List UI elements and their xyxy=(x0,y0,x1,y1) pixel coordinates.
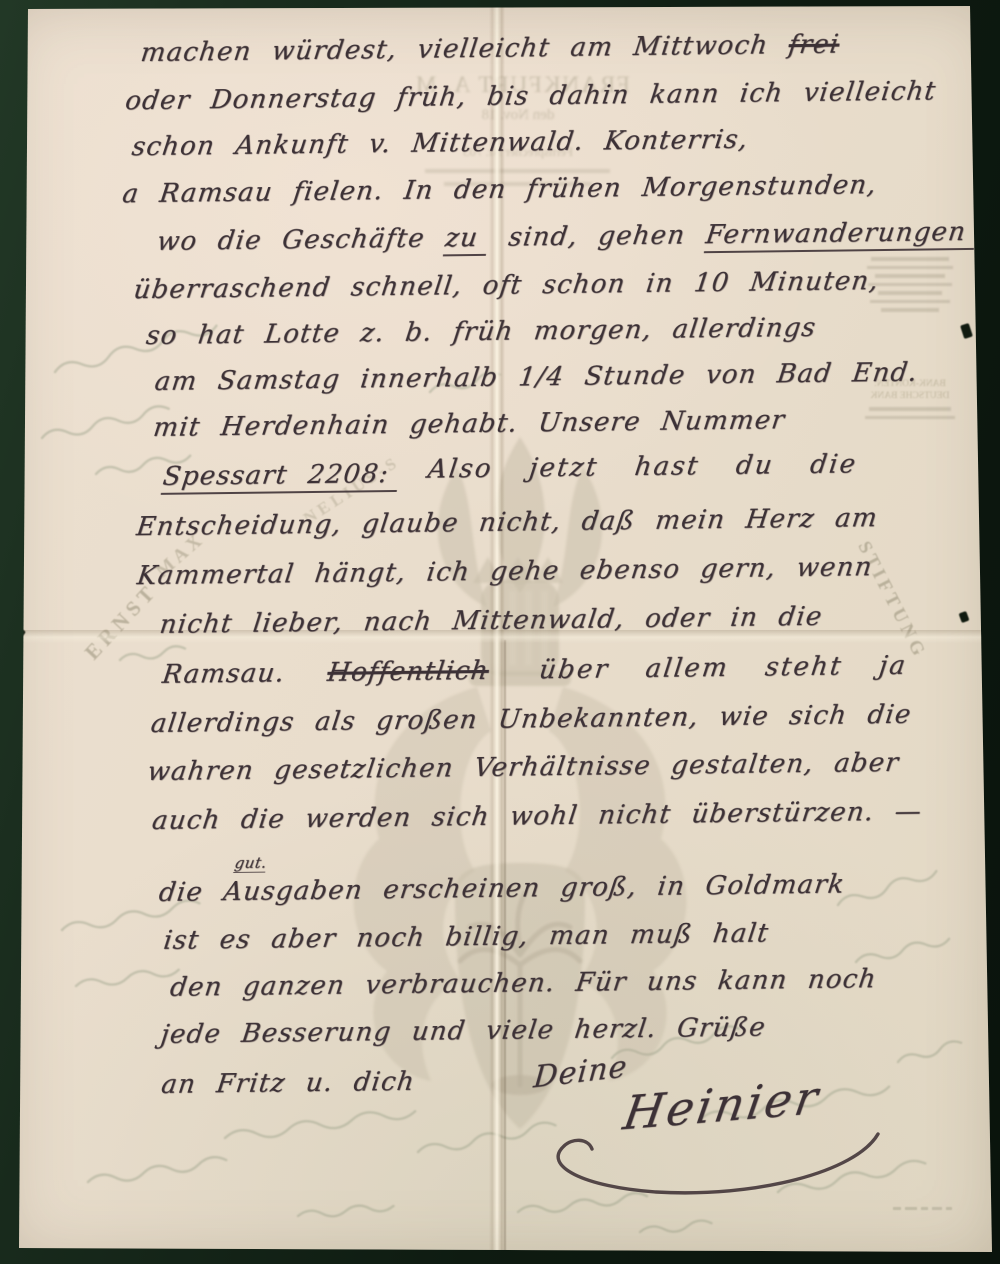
handwritten-text: Ramsau. xyxy=(161,658,287,690)
struck-word: frei xyxy=(787,30,841,61)
handwritten-line: die Ausgaben erscheinen groß, in Goldmar… xyxy=(157,870,847,908)
handwritten-line: mit Herdenhain gehabt. Unsere Nummer xyxy=(151,405,787,443)
interlinear-insertion: gut. xyxy=(233,854,268,873)
handwritten-line: wo die Geschäfte zu sind, gehen Fernwand… xyxy=(155,217,978,257)
handwritten-line: Entscheidung, glaube nicht, daß mein Her… xyxy=(135,503,880,542)
handwritten-text: wo die Geschäfte xyxy=(155,224,427,257)
handwritten-line: an Fritz u. dich xyxy=(160,1067,417,1100)
handwritten-line: a Ramsau fielen. In den frühen Morgenstu… xyxy=(121,170,879,209)
letter-paper: FRANKFURT A. M. den Nov. 18 Fernsprecher… xyxy=(0,0,1000,1264)
handwritten-line: Spessart 2208: xyxy=(161,459,401,492)
handwritten-line: nicht lieber, nach Mittenwald, oder in d… xyxy=(158,602,825,640)
handwritten-line: wahren gesetzlichen Verhältnisse gestalt… xyxy=(146,748,901,787)
underlined-word: Fernwanderungen xyxy=(703,217,978,253)
handwritten-line: schon Ankunft v. Mittenwald. Konterris, xyxy=(130,125,750,163)
underlined-word: zu xyxy=(443,223,490,257)
signature: Heinier xyxy=(620,1070,825,1141)
handwritten-line: auch die werden sich wohl nicht überstür… xyxy=(150,797,924,836)
handwritten-line: den ganzen verbrauchen. Für uns kann noc… xyxy=(168,964,878,1003)
handwritten-text: sind, gehen xyxy=(507,220,688,252)
struck-word: Hoffentlich xyxy=(326,656,491,688)
handwritten-line: ist es aber noch billig, man muß halt xyxy=(162,918,771,955)
closing-word: Deine xyxy=(532,1049,629,1096)
handwritten-line: am Samstag innerhalb 1/4 Stunde von Bad … xyxy=(153,358,920,397)
handwritten-line: Ramsau. Hoffentlich über allem steht ja xyxy=(161,651,910,690)
handwritten-line: machen würdest, vielleicht am Mittwoch f… xyxy=(139,30,841,69)
handwritten-line: jede Besserung und viele herzl. Grüße xyxy=(159,1012,768,1049)
scanned-letter-background: FRANKFURT A. M. den Nov. 18 Fernsprecher… xyxy=(0,0,1000,1264)
handwritten-text: machen würdest, vielleicht am Mittwoch xyxy=(139,30,770,68)
handwritten-line: oder Donnerstag früh, bis dahin kann ich… xyxy=(123,76,938,116)
handwritten-line: Kammertal hängt, ich gehe ebenso gern, w… xyxy=(135,552,874,591)
handwritten-line: Also jetzt hast du die xyxy=(426,449,859,484)
handwritten-line: allerdings als großen Unbekannten, wie s… xyxy=(149,700,913,739)
handwritten-line: so hat Lotte z. b. früh morgen, allerdin… xyxy=(144,313,818,351)
handwritten-text-layer: machen würdest, vielleicht am Mittwoch f… xyxy=(0,0,1000,1264)
handwritten-text: über allem steht ja xyxy=(537,651,909,686)
underlined-phone-number: Spessart 2208: xyxy=(161,459,401,495)
handwritten-line: überraschend schnell, oft schon in 10 Mi… xyxy=(132,266,881,305)
